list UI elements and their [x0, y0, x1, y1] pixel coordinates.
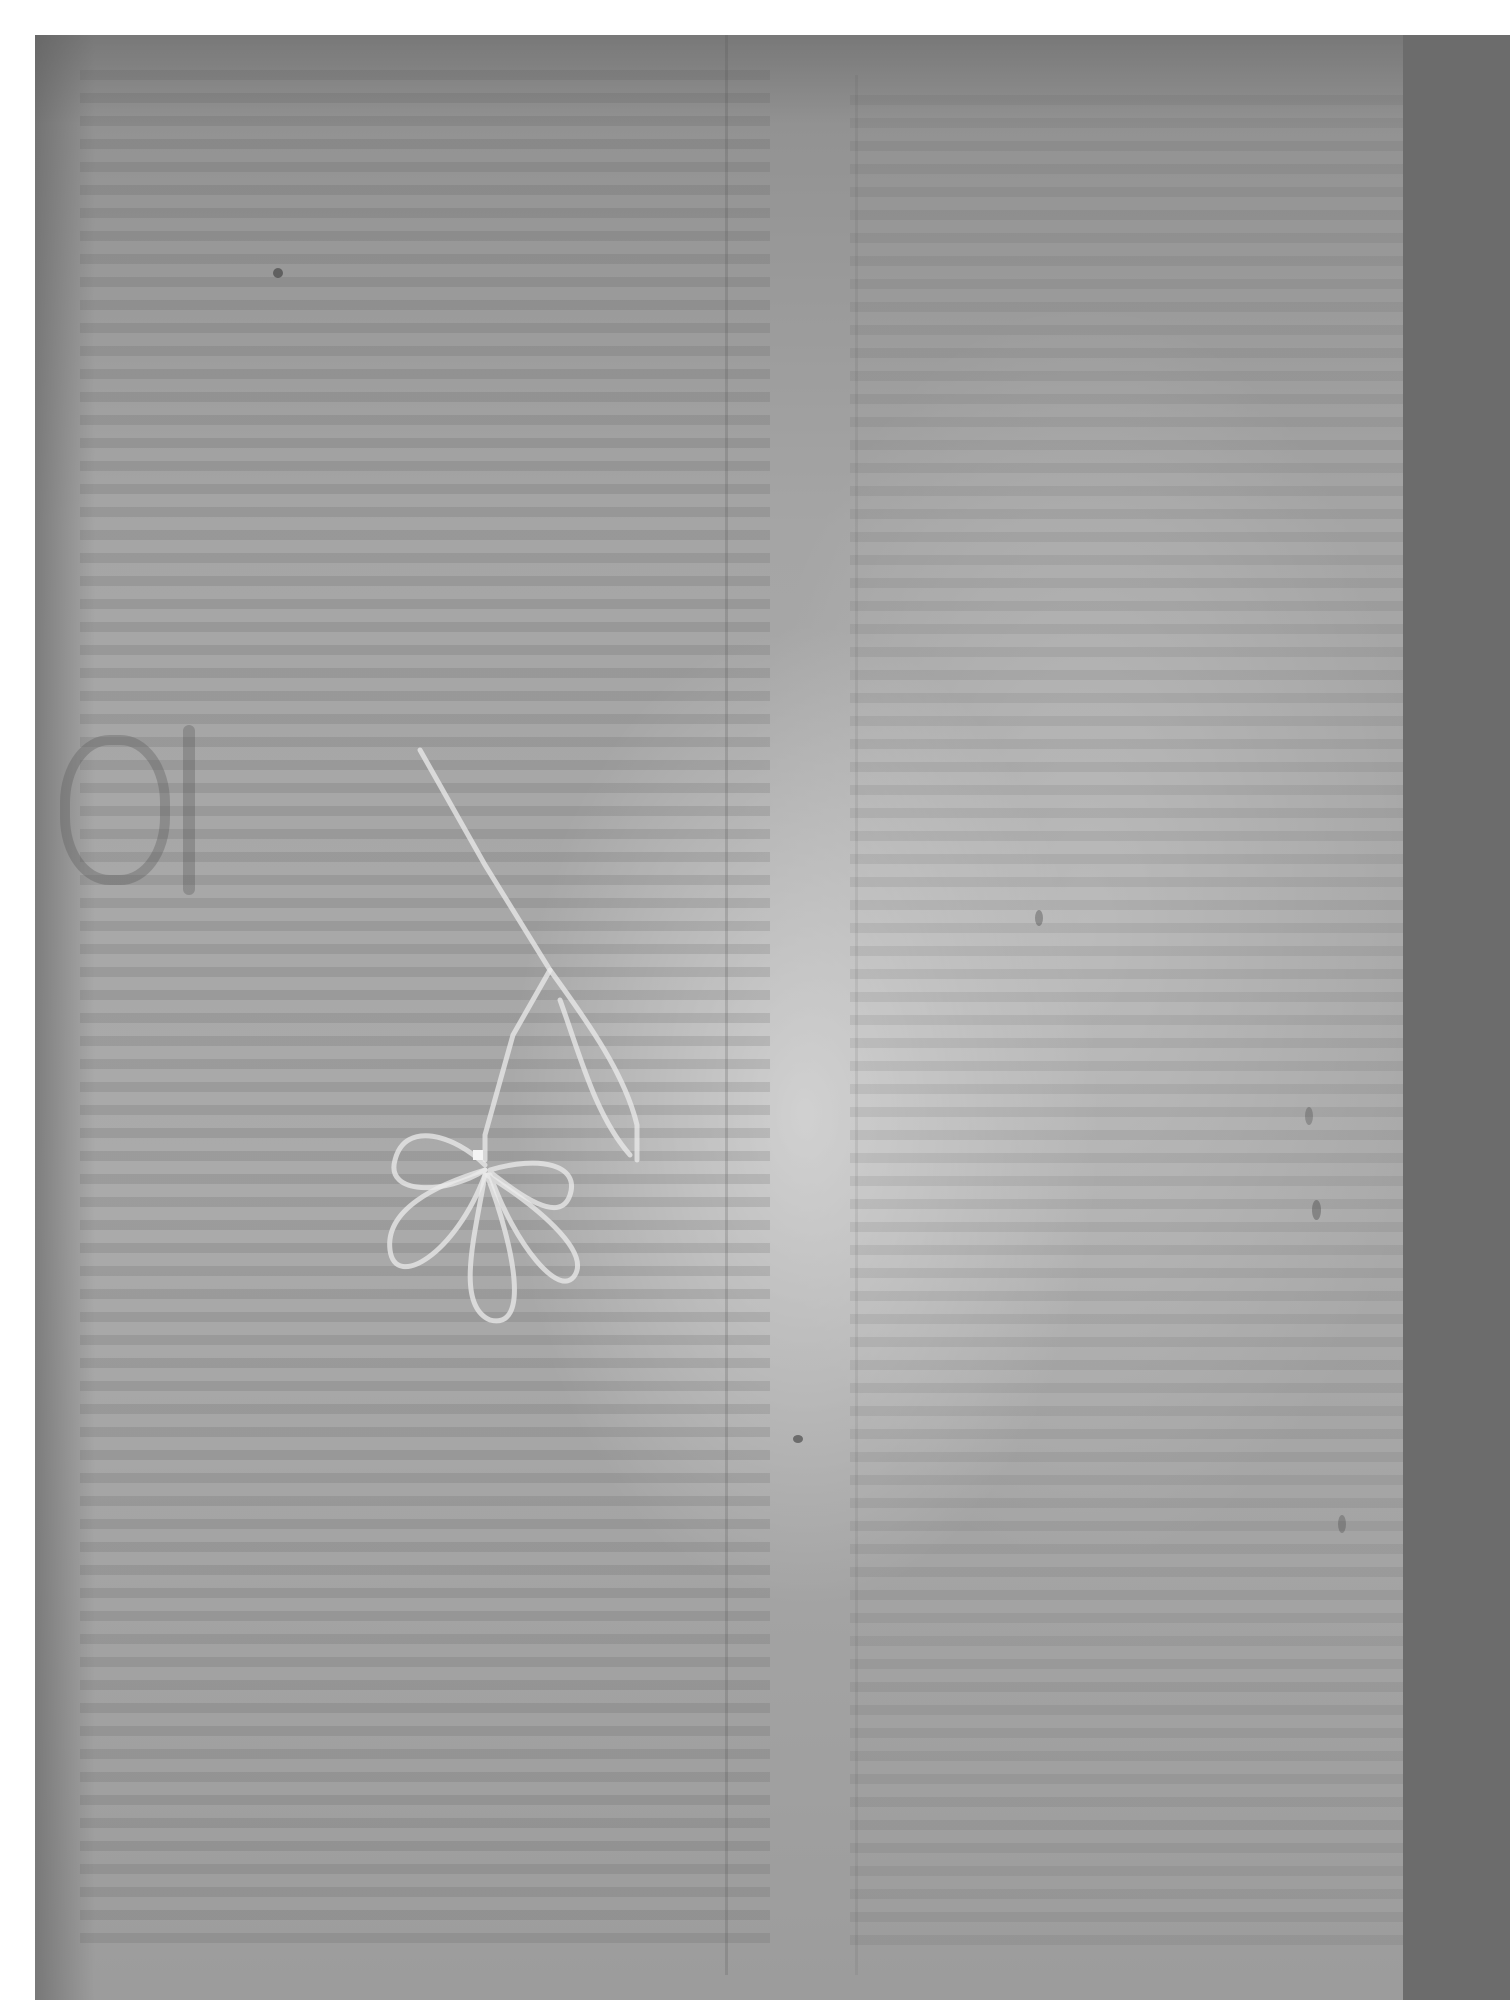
- manuscript-scan-image: [35, 35, 1510, 2000]
- page-edge-shadow: [1403, 35, 1510, 2000]
- ruler-left: [0, 0, 35, 2000]
- flower-drawing: [35, 35, 1510, 2000]
- ruler-top: [0, 0, 1510, 35]
